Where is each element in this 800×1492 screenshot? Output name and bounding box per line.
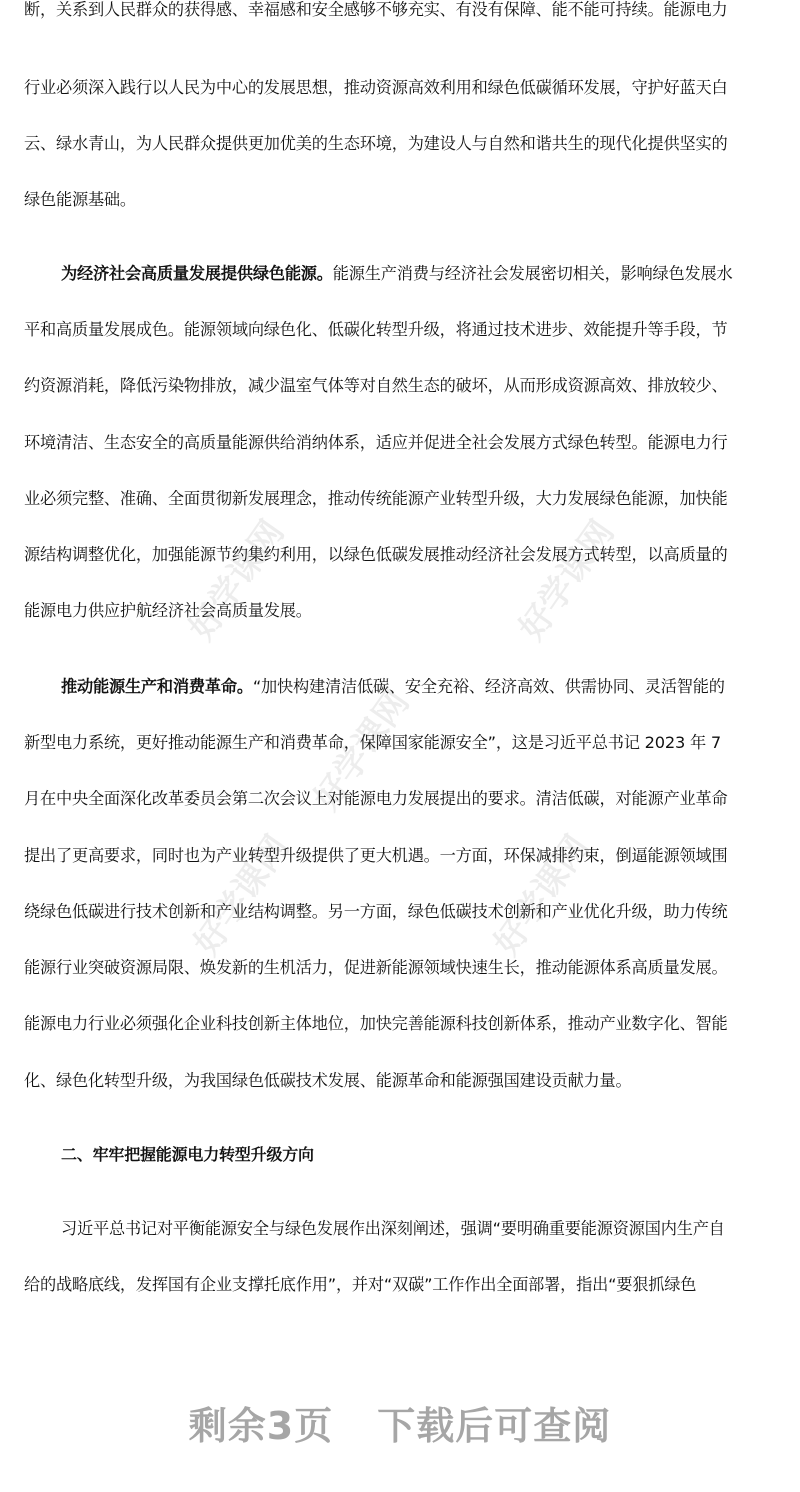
download-to-read-label: 下载后可查阅 [377,1404,611,1448]
text-line: 云、绿水青山，为人民群众提供更加优美的生态环境，为建设人与自然和谐共生的现代化提… [24,134,776,154]
text-line: 约资源消耗，降低污染物排放，减少温室气体等对自然生态的破坏，从而形成资源高效、排… [24,376,776,396]
text-line: 绕绿色低碳进行技术创新和产业结构调整。另一方面，绿色低碳技术创新和产业优化升级，… [24,902,776,922]
paragraph-lead: 为经济社会高质量发展提供绿色能源。 [61,264,333,283]
text-line: 提出了更高要求，同时也为产业转型升级提供了更大机遇。一方面，环保减排约束，倒逼能… [24,846,776,866]
text-line: 环境清洁、生态安全的高质量能源供给消纳体系，适应并促进全社会发展方式绿色转型。能… [24,433,776,453]
paragraph-first-line: 为经济社会高质量发展提供绿色能源。能源生产消费与经济社会发展密切相关，影响绿色发… [61,264,776,284]
text-line: 化、绿色化转型升级，为我国绿色低碳技术发展、能源革命和能源强国建设贡献力量。 [24,1071,776,1091]
text-line: 能源行业突破资源局限、焕发新的生机活力，促进新能源领域快速生长，推动能源体系高质… [24,958,776,978]
watermark: 好学课网 [505,509,623,649]
document-page: 好学课网 好学课网 好学课网 好学课网 好学课网 断，关系到人民群众的获得感、幸… [0,0,800,1492]
watermark: 好学课网 [480,824,598,964]
section-heading: 二、牢牢把握能源电力转型升级方向 [61,1145,776,1165]
paragraph-first-line: 推动能源生产和消费革命。“加快构建清洁低碳、安全充裕、经济高效、供需协同、灵活智… [61,677,776,697]
paragraph-first-line: 习近平总书记对平衡能源安全与绿色发展作出深刻阐述，强调“要明确重要能源资源国内生… [61,1219,776,1239]
text-line: 能源电力供应护航经济社会高质量发展。 [24,601,776,621]
paragraph-lead: 推动能源生产和消费革命。 [61,677,253,696]
text-run: “加快构建清洁低碳、安全充裕、经济高效、供需协同、灵活智能的 [253,677,725,696]
text-line: 源结构调整优化，加强能源节约集约利用，以绿色低碳发展推动经济社会发展方式转型，以… [24,545,776,565]
download-prompt[interactable]: 剩余3页下载后可查阅 [0,1395,800,1450]
text-line: 断，关系到人民群众的获得感、幸福感和安全感够不够充实、有没有保障、能不能可持续。… [24,0,776,20]
text-line: 给的战略底线，发挥国有企业支撑托底作用”，并对“双碳”工作作出全面部署，指出“要… [24,1275,776,1295]
text-line: 平和高质量发展成色。能源领域向绿色化、低碳化转型升级，将通过技术进步、效能提升等… [24,320,776,340]
text-run: 能源生产消费与经济社会发展密切相关，影响绿色发展水 [333,264,733,283]
watermark: 好学课网 [180,824,298,964]
text-line: 绿色能源基础。 [24,190,776,210]
text-line: 行业必须深入践行以人民为中心的发展思想，推动资源高效利用和绿色低碳循环发展，守护… [24,78,776,98]
watermark: 好学课网 [175,509,293,649]
text-line: 新型电力系统，更好推动能源生产和消费革命，保障国家能源安全”，这是习近平总书记 … [24,733,776,753]
remaining-pages-label: 剩余3页 [189,1404,333,1448]
text-line: 业必须完整、准确、全面贯彻新发展理念，推动传统能源产业转型升级，大力发展绿色能源… [24,489,776,509]
text-line: 能源电力行业必须强化企业科技创新主体地位，加快完善能源科技创新体系，推动产业数字… [24,1014,776,1034]
text-line: 月在中央全面深化改革委员会第二次会议上对能源电力发展提出的要求。清洁低碳，对能源… [24,789,776,809]
